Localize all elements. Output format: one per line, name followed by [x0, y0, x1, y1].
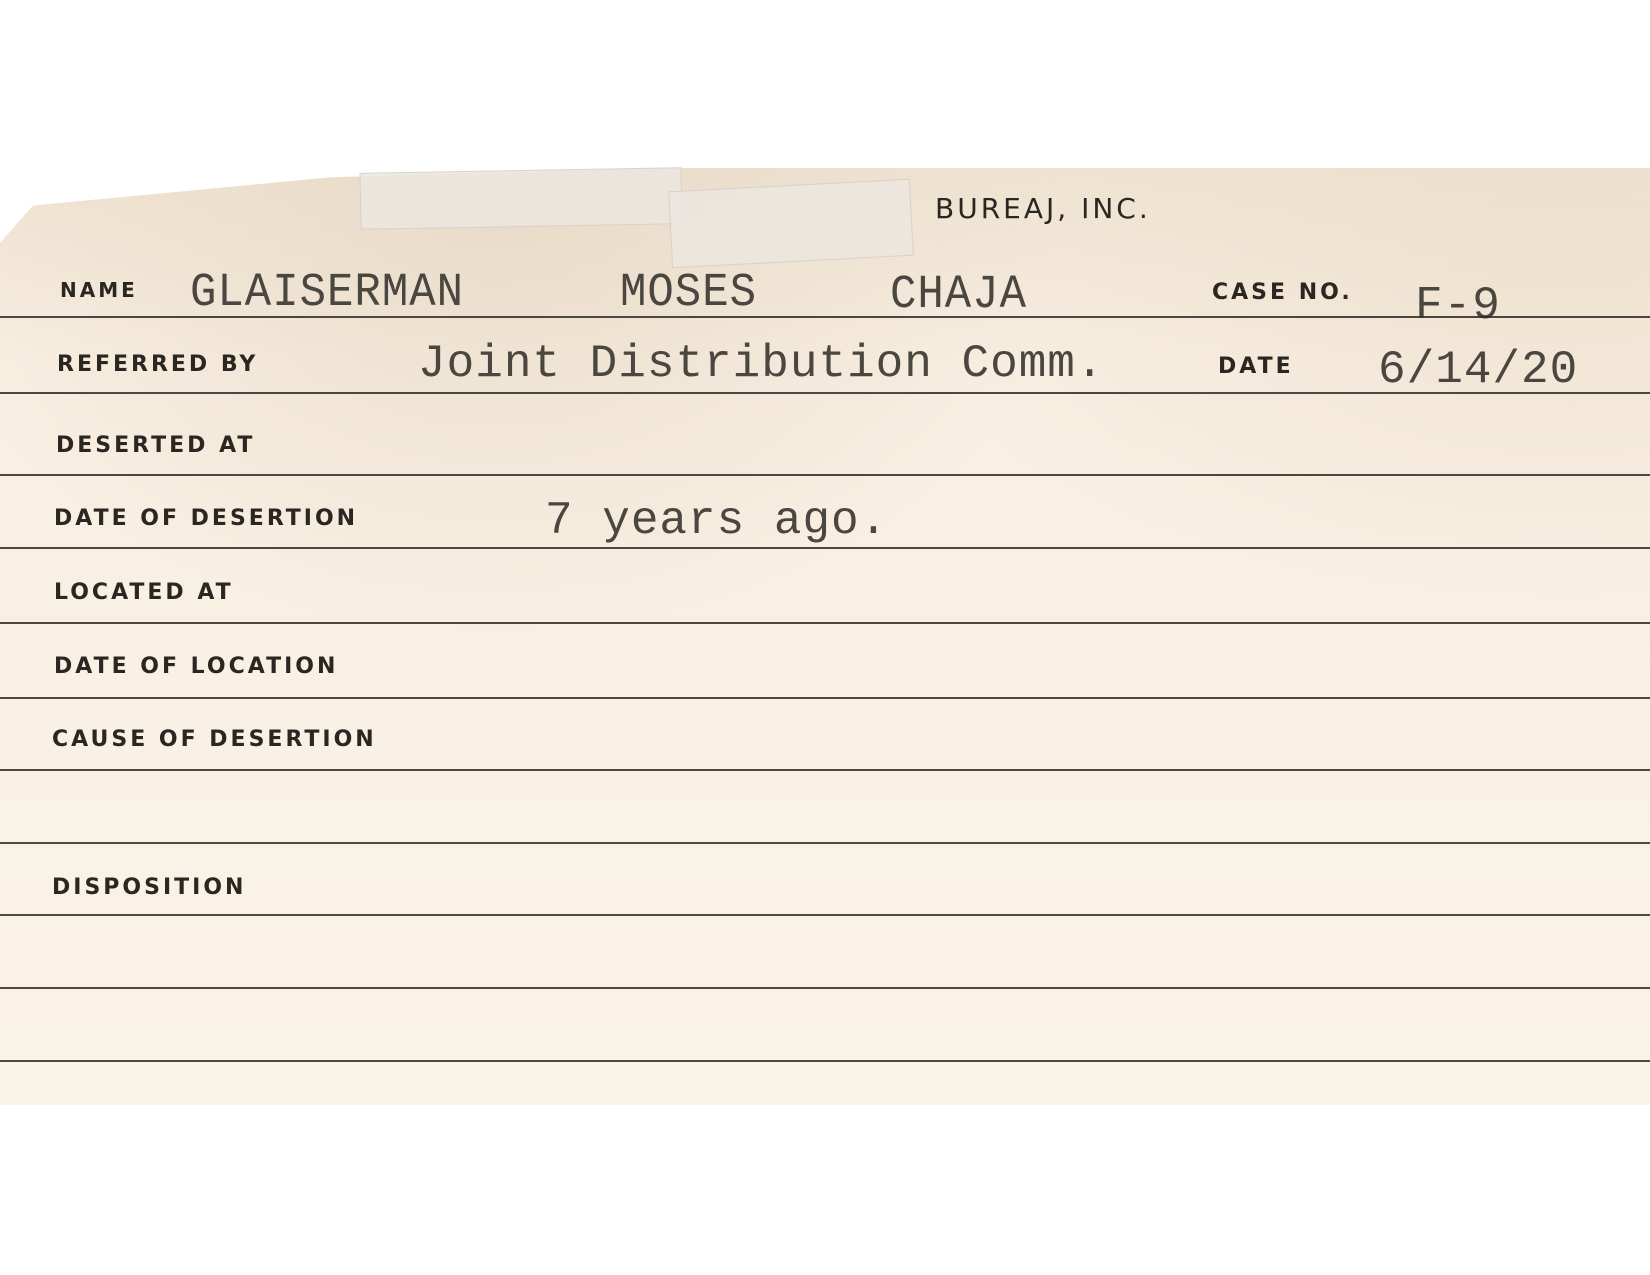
rule-located-at — [0, 622, 1650, 624]
rule-disposition-3 — [0, 1060, 1650, 1062]
rule-disposition-2 — [0, 987, 1650, 989]
disposition-label: DISPOSITION — [52, 875, 246, 900]
rule-cause-of-desertion — [0, 769, 1650, 771]
rule-date-of-desertion — [0, 547, 1650, 549]
rule-name — [0, 316, 1650, 318]
date-label: DATE — [1218, 354, 1294, 379]
referred-by-label: REFERRED BY — [57, 352, 258, 377]
tape-strip — [360, 167, 683, 230]
date-of-desertion-label: DATE OF DESERTION — [54, 506, 358, 531]
name-first: MOSES — [620, 266, 757, 320]
rule-cause-of-desertion-2 — [0, 842, 1650, 844]
date-of-desertion-value: 7 years ago. — [545, 495, 888, 547]
card-header: BUREAJ, INC. — [935, 192, 1151, 225]
rule-date-of-location — [0, 697, 1650, 699]
rule-referred-by — [0, 392, 1650, 394]
tape-strip — [668, 179, 914, 269]
case-no-label: CASE NO. — [1212, 280, 1353, 305]
deserted-at-label: DESERTED AT — [56, 433, 255, 458]
date-value: 6/14/20 — [1378, 344, 1578, 396]
name-last: GLAISERMAN — [190, 266, 464, 320]
name-middle: CHAJA — [890, 268, 1027, 322]
name-label: NAME — [60, 278, 138, 302]
located-at-label: LOCATED AT — [54, 580, 234, 605]
rule-deserted-at — [0, 474, 1650, 476]
date-of-location-label: DATE OF LOCATION — [54, 654, 338, 679]
cause-of-desertion-label: CAUSE OF DESERTION — [52, 727, 377, 752]
rule-disposition — [0, 914, 1650, 916]
case-no-value: F-9 — [1415, 280, 1501, 332]
referred-by-value: Joint Distribution Comm. — [418, 338, 1105, 390]
